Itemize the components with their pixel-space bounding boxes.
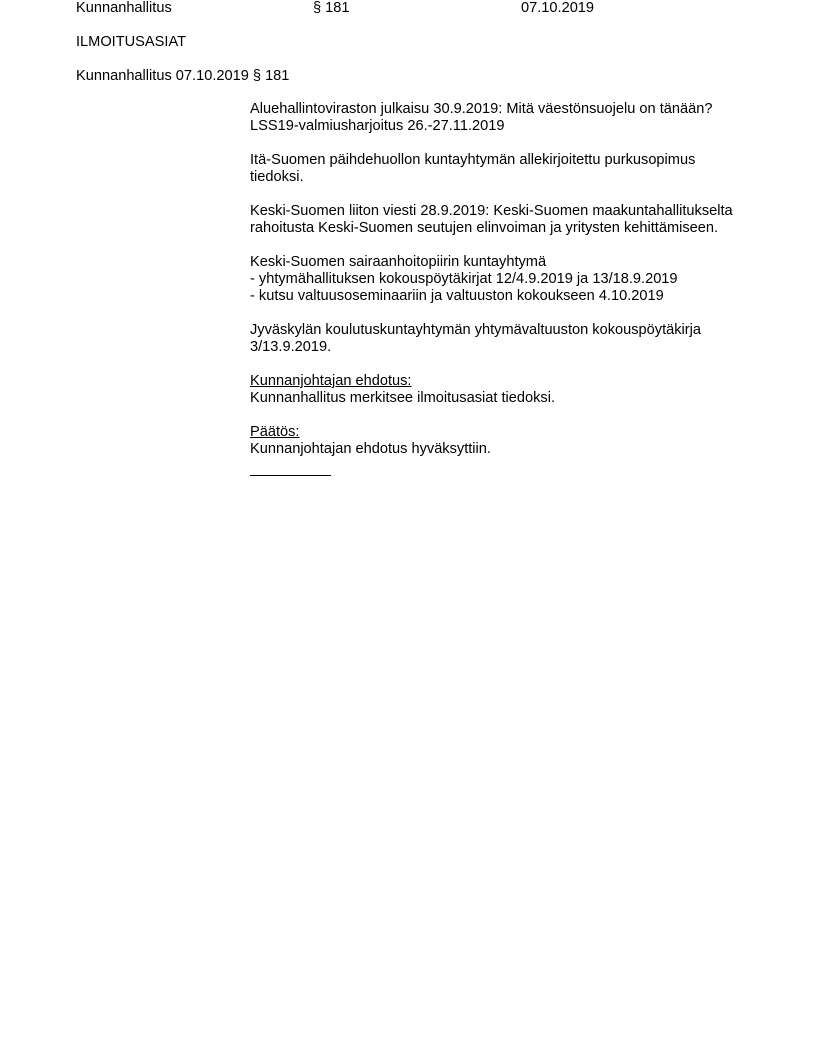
notice-line: - kutsu valtuusoseminaariin ja valtuusto…: [250, 288, 770, 305]
header-section-number: § 181: [313, 0, 350, 17]
notice-item: Itä-Suomen päihdehuollon kuntayhtymän al…: [250, 152, 770, 186]
notice-line: Aluehallintoviraston julkaisu 30.9.2019:…: [250, 101, 770, 118]
notice-item: Jyväskylän koulutuskuntayhtymän yhtymäva…: [250, 322, 770, 356]
notice-item: Aluehallintoviraston julkaisu 30.9.2019:…: [250, 101, 770, 135]
decision-heading: Päätös:: [250, 424, 300, 440]
notice-line: Itä-Suomen päihdehuollon kuntayhtymän al…: [250, 152, 770, 169]
notice-item: Keski-Suomen sairaanhoitopiirin kuntayht…: [250, 254, 770, 305]
decision-text: Kunnanjohtajan ehdotus hyväksyttiin.: [250, 441, 770, 458]
proposal-section: Kunnanjohtajan ehdotus: Kunnanhallitus m…: [250, 373, 770, 407]
meeting-reference: Kunnanhallitus 07.10.2019 § 181: [76, 68, 289, 85]
header-date: 07.10.2019: [521, 0, 594, 17]
notice-line: Keski-Suomen liiton viesti 28.9.2019: Ke…: [250, 203, 770, 220]
decision-section: Päätös: Kunnanjohtajan ehdotus hyväksytt…: [250, 424, 770, 458]
document-body: Aluehallintoviraston julkaisu 30.9.2019:…: [250, 101, 770, 476]
proposal-text: Kunnanhallitus merkitsee ilmoitusasiat t…: [250, 390, 770, 407]
document-title: ILMOITUSASIAT: [76, 34, 186, 51]
header-organ: Kunnanhallitus: [76, 0, 172, 17]
notice-line: - yhtymähallituksen kokouspöytäkirjat 12…: [250, 271, 770, 288]
notice-line: 3/13.9.2019.: [250, 339, 770, 356]
notice-line: tiedoksi.: [250, 169, 770, 186]
proposal-heading: Kunnanjohtajan ehdotus:: [250, 373, 411, 389]
end-separator-line: [250, 475, 331, 476]
notice-line: Keski-Suomen sairaanhoitopiirin kuntayht…: [250, 254, 770, 271]
notice-item: Keski-Suomen liiton viesti 28.9.2019: Ke…: [250, 203, 770, 237]
notice-line: rahoitusta Keski-Suomen seutujen elinvoi…: [250, 220, 770, 237]
notice-line: Jyväskylän koulutuskuntayhtymän yhtymäva…: [250, 322, 770, 339]
notice-line: LSS19-valmiusharjoitus 26.-27.11.2019: [250, 118, 770, 135]
